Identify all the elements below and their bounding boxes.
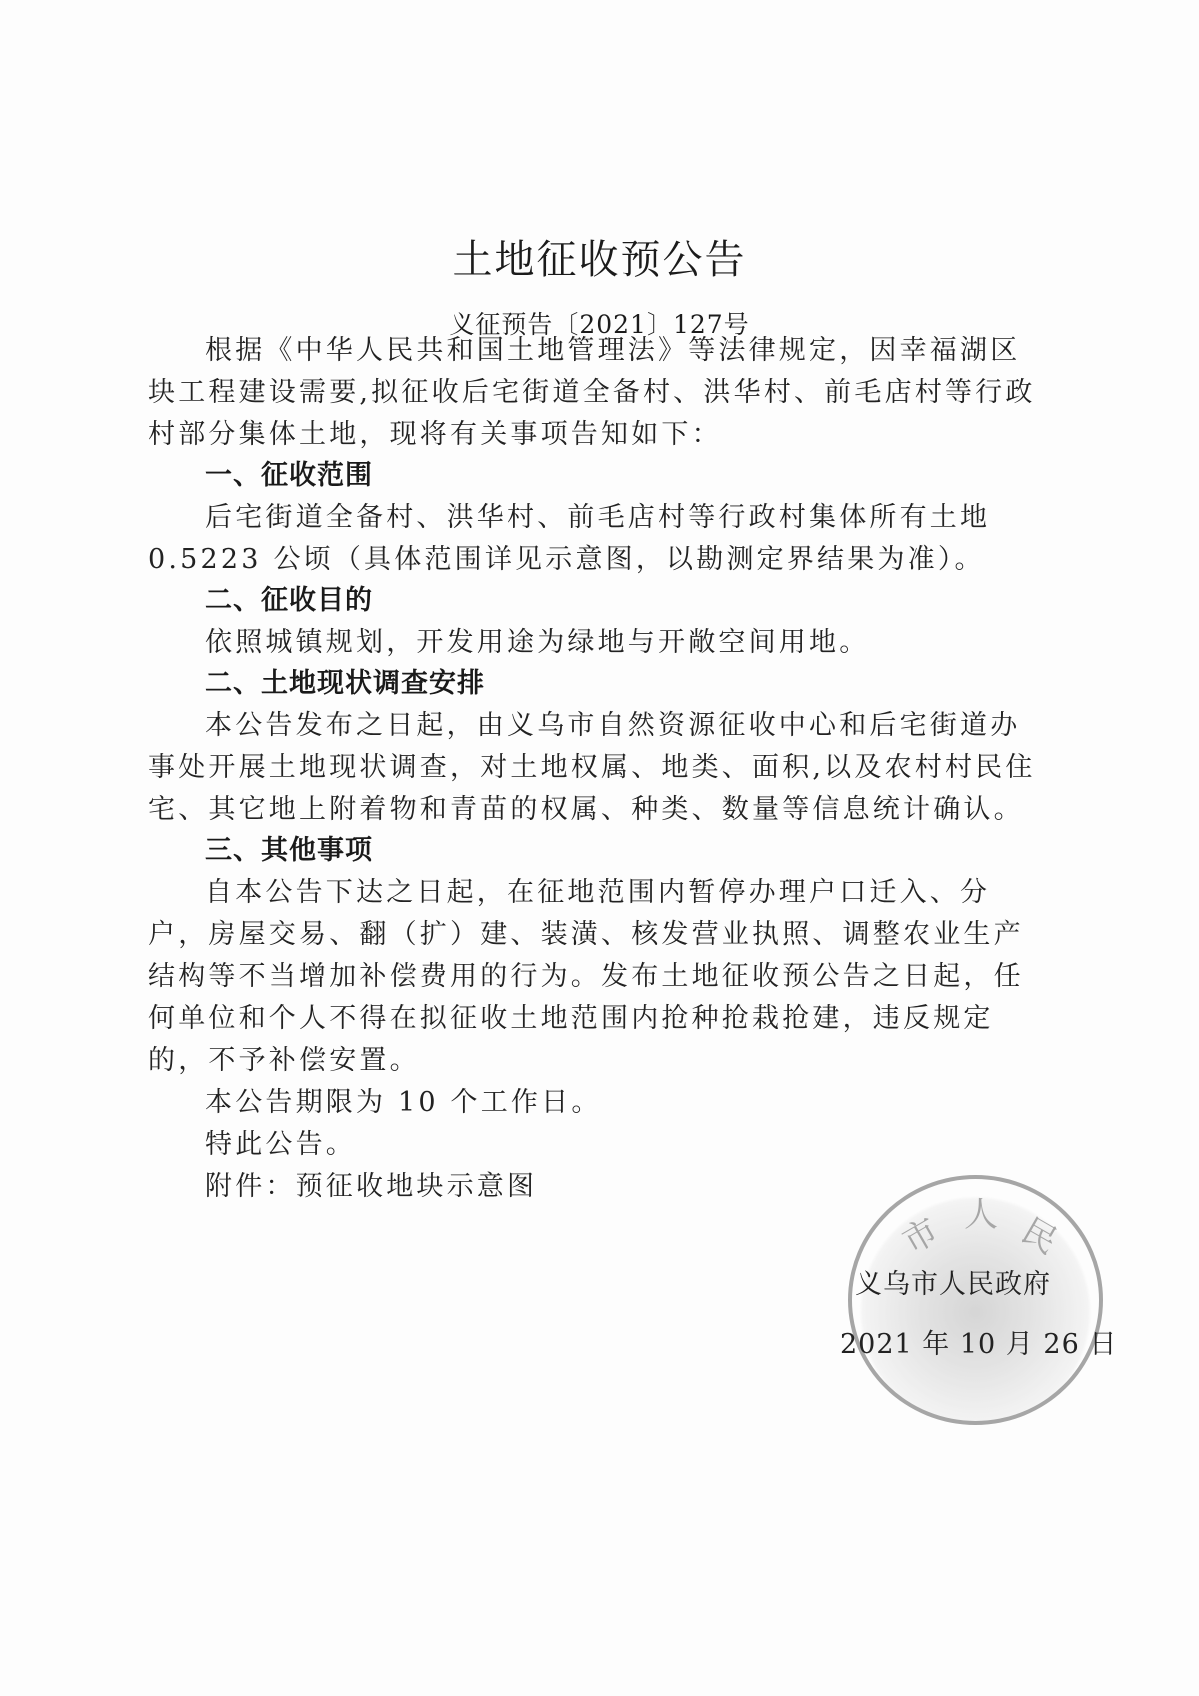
section-body-line: 事处开展土地现状调查，对土地权属、地类、面积,以及农村村民住	[148, 745, 1036, 784]
notice-term: 本公告期限为 10 个工作日。	[205, 1080, 602, 1119]
section-body-line: 结构等不当增加补偿费用的行为。发布土地征收预公告之日起，任	[148, 954, 1024, 993]
section-heading-survey: 二、土地现状调查安排	[205, 661, 485, 700]
section-heading-purpose: 二、征收目的	[205, 578, 373, 617]
intro-line: 村部分集体土地，现将有关事项告知如下：	[148, 412, 722, 451]
issue-date: 2021 年 10 月 26 日	[840, 1322, 1117, 1361]
section-body-line: 宅、其它地上附着物和青苗的权属、种类、数量等信息统计确认。	[148, 787, 1024, 826]
section-heading-scope: 一、征收范围	[205, 453, 373, 492]
seal-arc-char: 人	[964, 1187, 998, 1236]
issuer-name: 义乌市人民政府	[855, 1262, 1051, 1301]
document-page: 土地征收预公告 义征预告〔2021〕127号 根据《中华人民共和国土地管理法》等…	[0, 0, 1199, 1696]
section-body-line: 后宅街道全备村、洪华村、前毛店村等行政村集体所有土地	[205, 495, 990, 534]
attachment-reference: 附件：预征收地块示意图	[205, 1164, 537, 1203]
notice-closing: 特此公告。	[205, 1122, 356, 1161]
seal-arc-char: 民	[1014, 1204, 1068, 1263]
section-body-line: 0.5223 公顷（具体范围详见示意图，以勘测定界结果为准）。	[148, 537, 985, 576]
intro-line: 根据《中华人民共和国土地管理法》等法律规定，因幸福湖区	[205, 328, 1020, 367]
intro-line: 块工程建设需要,拟征收后宅街道全备村、洪华村、前毛店村等行政	[148, 370, 1036, 409]
section-heading-other: 三、其他事项	[205, 828, 373, 867]
section-body-line: 依照城镇规划，开发用途为绿地与开敞空间用地。	[205, 620, 869, 659]
section-body-line: 的，不予补偿安置。	[148, 1038, 420, 1077]
section-body-line: 自本公告下达之日起，在征地范围内暂停办理户口迁入、分	[205, 870, 990, 909]
seal-arc-char: 市	[892, 1204, 946, 1263]
section-body-line: 户，房屋交易、翻（扩）建、装潢、核发营业执照、调整农业生产	[148, 912, 1024, 951]
section-body-line: 何单位和个人不得在拟征收土地范围内抢种抢栽抢建，违反规定	[148, 996, 994, 1035]
section-body-line: 本公告发布之日起，由义乌市自然资源征收中心和后宅街道办	[205, 703, 1020, 742]
document-title: 土地征收预公告	[0, 228, 1199, 285]
